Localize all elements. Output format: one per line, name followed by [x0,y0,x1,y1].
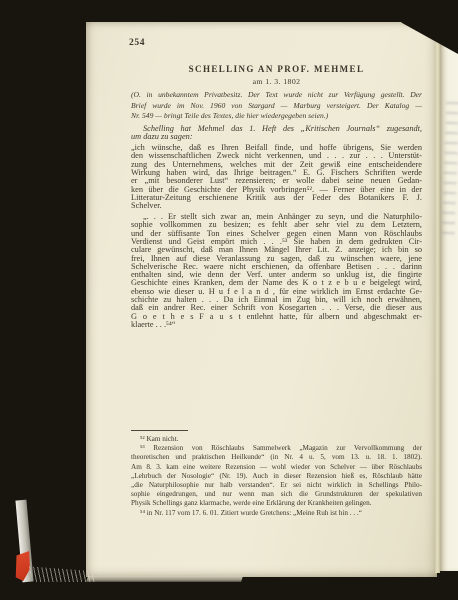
body-line: zung des Unternehmens, welches mit der Z… [131,160,422,168]
body-line: Schelling hat Mehmel das 1. Heft des „Kr… [131,124,422,132]
body-line: er „mit besonderer Lust“ rezensieren; er… [131,176,422,184]
page-block-bottom-edges [86,576,243,582]
body-line: ebenso wie dieser u. H u f e l a n d , f… [131,287,422,295]
body-line: „. . . Er stellt sich zwar an, mein Anhä… [131,212,422,220]
adjacent-page-faint-text [442,102,458,237]
body-line: G o e t h e s F a u s t entlehnt hatte, … [131,312,422,320]
provenance-line: Nr. 549 — bringt Teile des Textes, die h… [131,111,422,122]
letter-body: Schelling hat Mehmel das 1. Heft des „Kr… [131,124,422,331]
letter-heading: SCHELLING AN PROF. MEHMEL [131,64,422,74]
body-line: um dazu zu sagen: [131,132,422,143]
body-line: klaerte . . .⁵⁴“ [131,320,422,331]
footnote-line: ⁵³ Rezension von Röschlaubs Sammelwerk „… [131,444,422,453]
footnote-line: „Lehrbuch der Nosologie“ (Nr. 19). Auch … [131,472,422,481]
body-line: Schelverische Rec. waere nicht erschiene… [131,262,422,270]
book-photo: { "page": { "number": "254", "heading": … [0,0,458,600]
footnote-line: ⁵⁴ in Nr. 117 vom 17. 6. 01. Zitiert wur… [131,509,422,518]
footnote-line: ⁵² Kam nicht. [131,435,422,444]
body-line: schichte zu halten . . . Da ich Einmal i… [131,295,422,303]
footnote-rule [131,430,188,431]
body-line: Wirkung haben wird, das Ihrige beitragen… [131,168,422,176]
body-line: Geschichte eines Kranken, dem der Name d… [131,278,422,286]
body-line: daß ein andrer Rec. einer Schrift von Ko… [131,303,422,311]
provenance-line: (O. in unbekanntem Privatbesitz. Der Tex… [131,90,422,101]
body-line: Schelver. [131,201,422,212]
page-number: 254 [129,38,145,48]
footnote-line: „die Naturphilosophie nur halb verstande… [131,481,422,490]
provenance-line: Brief wurde im Nov. 1960 von Stargard — … [131,101,422,112]
body-line: enthalten sind, wie denn der Verf. unter… [131,270,422,278]
body-line: Litteratur-Zeitung erschienene Kritik au… [131,193,422,201]
body-line: ken über die Geschichte der Physik vorbr… [131,185,422,193]
body-line: „ich wünsche, daß es Ihren Beifall finde… [131,143,422,151]
body-line: und der süffisante Ton eines Schelver ge… [131,229,422,237]
footnote-line: Am 8. 3. kam eine weitere Rezension — wo… [131,463,422,472]
footnotes: ⁵² Kam nicht.⁵³ Rezension von Röschlaubs… [131,435,422,518]
provenance-note: (O. in unbekanntem Privatbesitz. Der Tex… [131,90,422,122]
letter-date: am 1. 3. 1802 [131,77,422,86]
book-page: 254 SCHELLING AN PROF. MEHMEL am 1. 3. 1… [86,22,437,577]
adjacent-page-edge [440,44,458,571]
footnote-line: theoretischen und praktischen Heilkunde“… [131,453,422,462]
body-line: den wissenschaftlichen Zweck nicht verke… [131,151,422,159]
body-line: culare gewünscht, daß man Ihnen Mängel I… [131,245,422,253]
body-line: Verdienst und Geist empört mich . . .⁵³ … [131,237,422,245]
footnote-line: sophie eingedrungen, und nur wenn man si… [131,490,422,499]
body-line: frei, Ihnen auf diese Veranlassung zu sa… [131,254,422,262]
footnote-line: Physik Schellings ganz klarmache, werde … [131,499,422,508]
body-line: sophie vollkommen zu besizen; es fehlt a… [131,220,422,228]
